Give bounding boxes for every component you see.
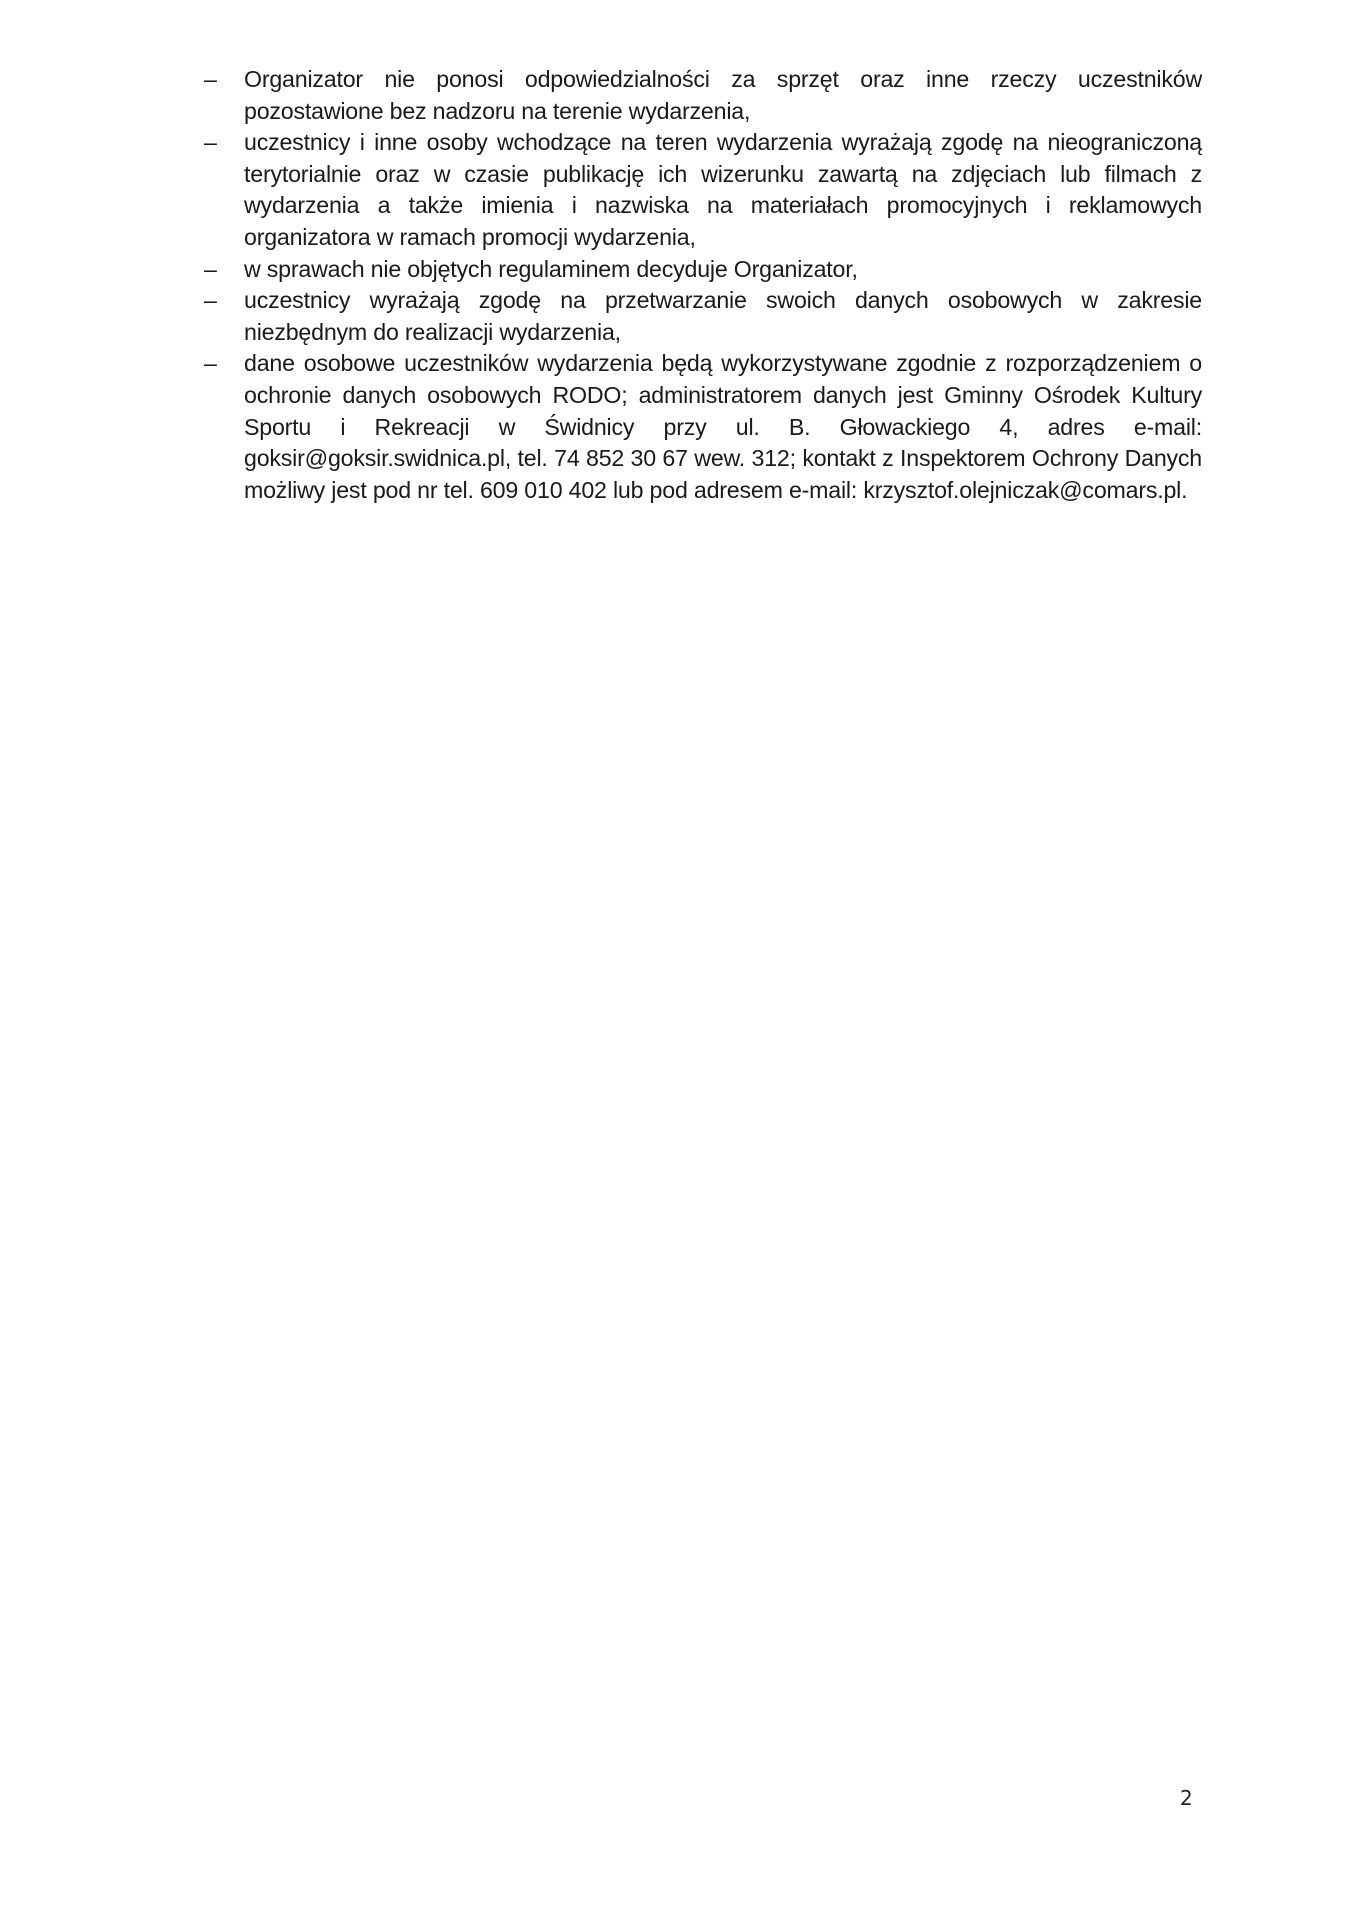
dash-bullet-icon: –: [204, 254, 224, 286]
list-item: – w sprawach nie objętych regulaminem de…: [204, 254, 1202, 286]
list-item-text: uczestnicy wyrażają zgodę na przetwarzan…: [244, 287, 1202, 345]
list-item: – Organizator nie ponosi odpowiedzialnoś…: [204, 64, 1202, 127]
dash-bullet-icon: –: [204, 127, 224, 159]
list-item: – dane osobowe uczestników wydarzenia bę…: [204, 348, 1202, 506]
page-number: 2: [1180, 1786, 1193, 1810]
dash-bullet-icon: –: [204, 285, 224, 317]
dash-bullet-icon: –: [204, 64, 224, 96]
list-item-text: dane osobowe uczestników wydarzenia będą…: [244, 350, 1202, 502]
list-item-text: uczestnicy i inne osoby wchodzące na ter…: [244, 129, 1202, 250]
list-item-text: Organizator nie ponosi odpowiedzialności…: [244, 66, 1202, 124]
list-item: – uczestnicy i inne osoby wchodzące na t…: [204, 127, 1202, 253]
list-item: – uczestnicy wyrażają zgodę na przetwarz…: [204, 285, 1202, 348]
document-page: – Organizator nie ponosi odpowiedzialnoś…: [0, 0, 1358, 1920]
dash-bullet-icon: –: [204, 348, 224, 380]
list-item-text: w sprawach nie objętych regulaminem decy…: [244, 256, 858, 282]
regulations-list: – Organizator nie ponosi odpowiedzialnoś…: [204, 64, 1202, 506]
